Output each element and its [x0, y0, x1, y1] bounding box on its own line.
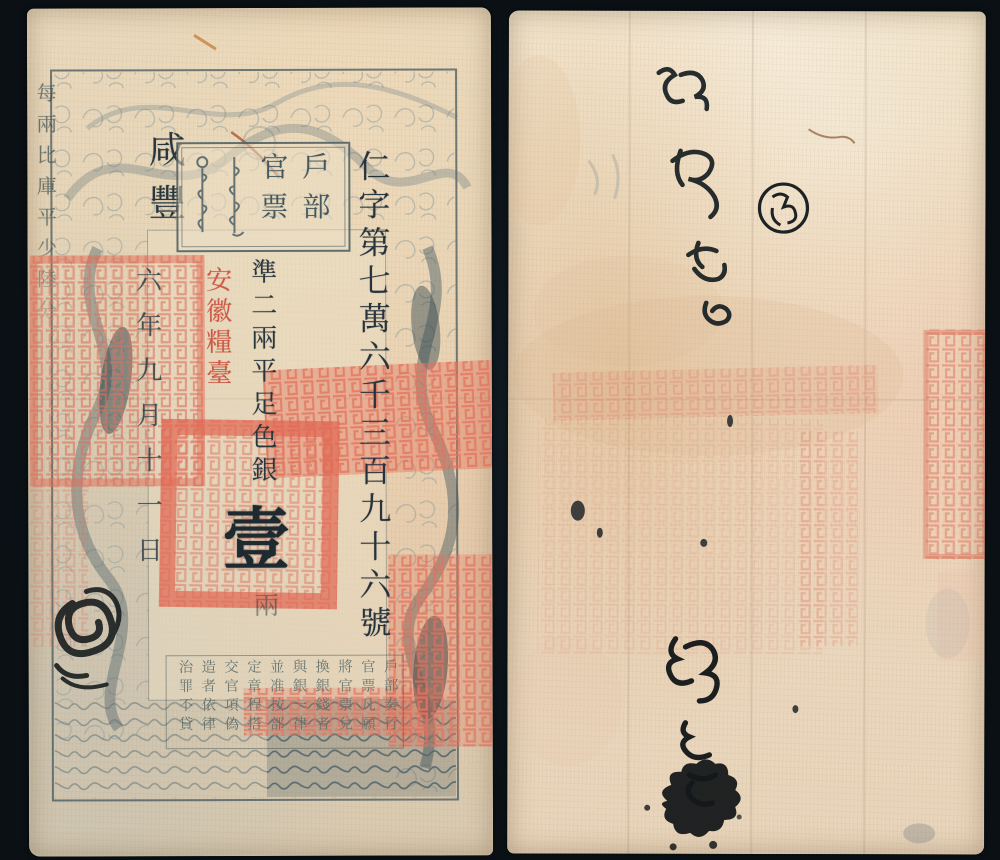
denomination-one-character: 壹: [222, 486, 290, 583]
photo-background: 每兩比庫平少陸分 咸豐 戶部 官票 安徽糧臺 六年九月十一日 仁字第七萬六千三百…: [0, 0, 1000, 860]
title-hubu: 戶部: [294, 152, 334, 232]
faint-gray-marks: [588, 155, 618, 199]
small-ink-smudges: [570, 415, 799, 713]
banknote-back: [507, 11, 986, 855]
manchu-script: [188, 149, 268, 243]
anhui-liangtai-stamp: 安徽糧臺: [199, 266, 236, 390]
serial-number-column: 仁字第七萬六千三百九十六號: [349, 150, 396, 644]
ink-cipher-signature: [42, 583, 162, 733]
denomination-clause: 準二兩平足色銀: [244, 258, 282, 489]
back-ink-layer: [507, 11, 986, 855]
round-black-seal: [759, 184, 807, 232]
issue-date-column: 六年九月十一日: [129, 266, 167, 581]
ink-blot: [644, 759, 742, 850]
title-box: 戶部 官票: [176, 142, 350, 252]
banknote-front: 每兩比庫平少陸分 咸豐 戶部 官票 安徽糧臺 六年九月十一日 仁字第七萬六千三百…: [27, 7, 493, 856]
endorsement-top-strokes: [658, 69, 730, 323]
counterfeit-warning-block: 戶部奏行官票凡願將官票兌換銀錢者與銀一律並准按部定章程搭交官項偽造者依律治罪不貸: [166, 655, 404, 750]
denomination-tael-character: 兩: [246, 592, 282, 617]
paper-fiber-hair: [809, 129, 855, 143]
